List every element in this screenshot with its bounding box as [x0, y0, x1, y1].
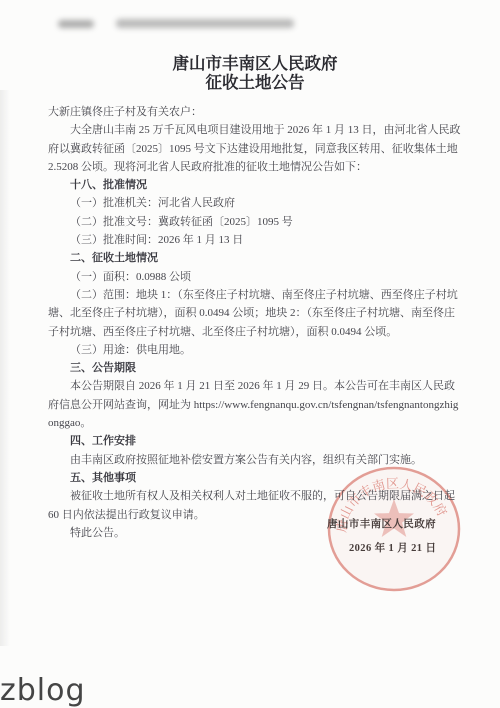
section-item: （二）范围：地块 1：（东至佟庄子村坑塘、南至佟庄子村坑塘、西至佟庄子村坑塘、北…	[48, 286, 462, 341]
section-period: 三、公告期限 本公告期限自 2026 年 1 月 21 日至 2026 年 1 …	[48, 359, 462, 432]
announcement-body: 唐山市丰南区人民政府 征收土地公告 大新庄镇佟庄子村及有关农户： 大全唐山丰南 …	[48, 0, 462, 542]
section-heading: 十八、批准情况	[48, 176, 462, 194]
section-approval: 十八、批准情况 （一）批准机关：河北省人民政府 （二）批准文号：冀政转征函〔20…	[48, 176, 462, 249]
section-item: 由丰南区政府按照征地补偿安置方案公告有关内容，组织有关部门实施。	[48, 451, 462, 469]
section-heading: 二、征收土地情况	[48, 249, 462, 267]
section-item: （一）批准机关：河北省人民政府	[48, 194, 462, 212]
doc-title-line2: 征收土地公告	[48, 73, 462, 92]
section-arrangement: 四、工作安排 由丰南区政府按照征地补偿安置方案公告有关内容，组织有关部门实施。	[48, 432, 462, 469]
signature-issuer: 唐山市丰南区人民政府	[327, 516, 436, 531]
section-heading: 五、其他事项	[48, 469, 462, 487]
intro-paragraph: 大全唐山丰南 25 万千瓦风电项目建设用地于 2026 年 1 月 13 日，由…	[48, 121, 462, 176]
watermark-zblog: zblog	[0, 674, 86, 708]
doc-title-line1: 唐山市丰南区人民政府	[48, 54, 462, 73]
page-edge-shadow	[0, 90, 10, 646]
section-item: （三）用途：供电用地。	[48, 341, 462, 359]
signature-date: 2026 年 1 月 21 日	[349, 540, 436, 555]
section-heading: 三、公告期限	[48, 359, 462, 377]
salutation: 大新庄镇佟庄子村及有关农户：	[48, 103, 462, 121]
section-item: （三）批准时间：2026 年 1 月 13 日	[48, 231, 462, 249]
section-item: 本公告期限自 2026 年 1 月 21 日至 2026 年 1 月 29 日。…	[48, 377, 462, 432]
section-land: 二、征收土地情况 （一）面积：0.0988 公顷 （二）范围：地块 1：（东至佟…	[48, 249, 462, 359]
section-heading: 四、工作安排	[48, 432, 462, 450]
section-item: （二）批准文号：冀政转征函〔2025〕1095 号	[48, 213, 462, 231]
section-item: （一）面积：0.0988 公顷	[48, 268, 462, 286]
